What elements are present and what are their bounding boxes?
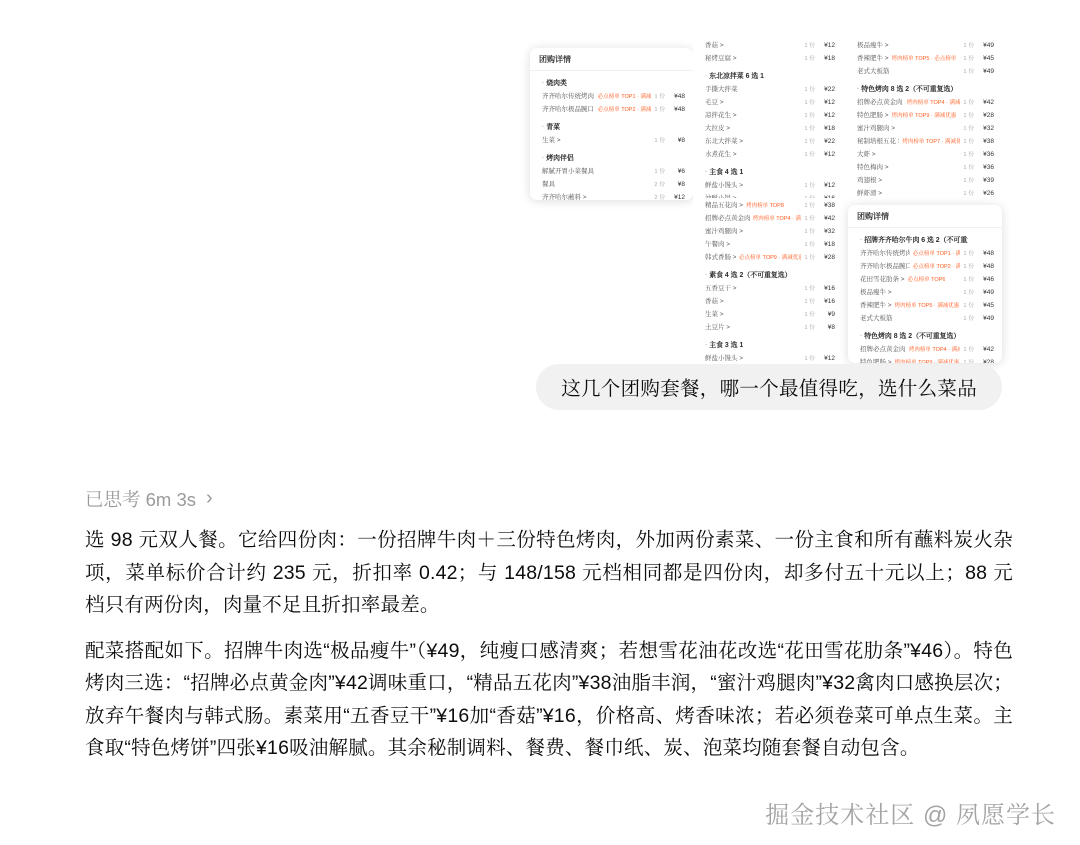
menu-item-tag: 烤肉榜单 TOP7 · 满减优惠 bbox=[902, 137, 960, 145]
menu-row: 手撕大拌菜 1 份 ¥22 bbox=[693, 82, 843, 95]
menu-item-name: 极品瘦牛 > bbox=[857, 40, 889, 49]
menu-item-name: 齐齐哈尔蘸料 > bbox=[542, 192, 587, 200]
menu-item-name: 东北凉拌菜 6 选 1 bbox=[705, 70, 764, 80]
assistant-response: 选 98 元双人餐。它给四份肉：一份招牌牛肉＋三份特色烤肉，外加两份素菜、一份主… bbox=[85, 524, 1013, 778]
menu-row: 烤肉伴侣 bbox=[530, 150, 693, 164]
menu-row: 特色肥肠 > 烤肉榜单 TOP9 · 满减优惠 1 份 ¥28 bbox=[848, 355, 1002, 363]
menu-item-tag: 烤肉榜单 TOP9 · 满减优惠 bbox=[895, 358, 960, 363]
menu-row: 解腻开胃小菜餐具 1 份 ¥6 bbox=[530, 164, 693, 177]
menu-item-qty: 1 份 bbox=[963, 53, 974, 62]
menu-item-qty: 1 份 bbox=[804, 296, 815, 305]
menu-item-price: ¥45 bbox=[977, 302, 994, 309]
menu-item-name: 生菜 > bbox=[542, 135, 561, 144]
menu-item-name: 青菜 bbox=[542, 121, 560, 131]
menu-item-price: ¥22 bbox=[818, 86, 835, 93]
menu-item-qty: 1 份 bbox=[963, 344, 974, 353]
menu-item-price: ¥28 bbox=[977, 359, 994, 363]
menu-item-name: 蜜汁鸡腿肉 > bbox=[705, 226, 743, 235]
menu-row: 精品五花肉 > 烤肉榜单 TOP8 1 份 ¥38 bbox=[693, 198, 843, 211]
menu-item-name: 鲜盐小馒头 > bbox=[705, 180, 743, 189]
menu-item-price: ¥12 bbox=[668, 194, 685, 200]
menu-item-price: ¥16 bbox=[818, 285, 835, 292]
menu-item-name: 极品瘦牛 > bbox=[860, 287, 892, 296]
menu-item-tag: 必点榜单 TOP6 bbox=[908, 275, 946, 283]
menu-item-name: 主食 4 选 1 bbox=[705, 166, 743, 176]
menu-item-qty: 1 份 bbox=[963, 357, 974, 363]
menu-item-qty: 1 份 bbox=[804, 180, 815, 189]
menu-item-qty: 1 份 bbox=[963, 313, 974, 322]
menu-row: 齐齐哈尔蘸料 > 2 份 ¥12 bbox=[530, 190, 693, 200]
menu-item-qty: 1 份 bbox=[963, 110, 974, 119]
menu-item-tag: 必点榜单 TOP2 · 满减优惠 bbox=[913, 262, 960, 270]
menu-row: 招牌必点黄金肉 > 烤肉榜单 TOP4 · 满减优惠 1 份 ¥42 bbox=[848, 342, 1002, 355]
panel-title: 团购详情 bbox=[530, 48, 693, 71]
menu-item-price: ¥12 bbox=[818, 151, 835, 158]
menu-item-price: ¥18 bbox=[818, 55, 835, 62]
menu-row: 蜜汁鸡腿肉 > 1 份 ¥32 bbox=[845, 121, 1002, 134]
menu-item-qty: 1 份 bbox=[963, 248, 974, 257]
menu-item-name: 老式大板筋 bbox=[860, 313, 893, 322]
menu-item-name: 午餐肉 > bbox=[705, 239, 730, 248]
menu-item-tag: 必点榜单 TOP9 · 满减优惠 bbox=[739, 253, 801, 261]
menu-item-price: ¥45 bbox=[977, 55, 994, 62]
menu-item-qty: 1 份 bbox=[963, 136, 974, 145]
menu-item-price: ¥22 bbox=[818, 138, 835, 145]
menu-item-tag: 必点榜单 TOP2 · 满减优惠 bbox=[598, 105, 652, 113]
menu-row: 主食 4 选 1 bbox=[693, 164, 843, 178]
menu-row: 餐具 2 份 ¥8 bbox=[530, 177, 693, 190]
menu-row: 秘制培根五花 > 烤肉榜单 TOP7 · 满减优惠 1 份 ¥38 bbox=[845, 134, 1002, 147]
menu-item-name: 秘烤豆腐 > bbox=[705, 53, 737, 62]
menu-row: 招牌必点黄金肉 > 烤肉榜单 TOP4 · 满减优惠 1 份 ¥42 bbox=[693, 211, 843, 224]
menu-row: 韩式香肠 > 必点榜单 TOP9 · 满减优惠 1 份 ¥28 bbox=[693, 250, 843, 263]
menu-row: 五香豆干 > 1 份 ¥16 bbox=[693, 281, 843, 294]
menu-row: 香菇 > 1 份 ¥16 bbox=[693, 294, 843, 307]
menu-row: 齐齐哈尔极品腕口 > 必点榜单 TOP2 · 满减优惠 1 份 ¥48 bbox=[530, 102, 693, 115]
menu-item-qty: 1 份 bbox=[963, 162, 974, 171]
menu-row: 凉拌花生 > 1 份 ¥12 bbox=[693, 108, 843, 121]
menu-list: 烧肉类 齐齐哈尔传统烤肉 > 必点榜单 TOP1 · 满减优惠 1 份 ¥48 … bbox=[530, 75, 693, 200]
menu-item-qty: 2 份 bbox=[654, 192, 665, 200]
menu-item-price: ¥49 bbox=[977, 315, 994, 322]
menu-item-qty: 1 份 bbox=[963, 287, 974, 296]
menu-item-price: ¥26 bbox=[977, 190, 994, 197]
menu-item-qty: 1 份 bbox=[963, 188, 974, 197]
menu-item-price: ¥28 bbox=[818, 254, 835, 261]
user-message-text: 这几个团购套餐，哪一个最值得吃，选什么菜品 bbox=[561, 373, 977, 401]
menu-item-name: 蜜汁鸡腿肉 > bbox=[857, 123, 895, 132]
menu-item-price: ¥49 bbox=[977, 42, 994, 49]
menu-item-qty: 1 份 bbox=[963, 40, 974, 49]
menu-row: 老式大板筋 1 份 ¥49 bbox=[845, 64, 1002, 77]
menu-item-price: ¥49 bbox=[977, 289, 994, 296]
menu-item-qty: 1 份 bbox=[963, 274, 974, 283]
menu-item-price: ¥36 bbox=[977, 164, 994, 171]
menu-item-qty: 1 份 bbox=[804, 123, 815, 132]
menu-item-name: 手撕大拌菜 bbox=[705, 84, 738, 93]
menu-item-qty: 1 份 bbox=[654, 104, 665, 113]
menu-item-name: 餐具 bbox=[542, 179, 555, 188]
menu-screenshot-bottom-middle: 精品五花肉 > 烤肉榜单 TOP8 1 份 ¥38 招牌必点黄金肉 > 烤肉榜单… bbox=[693, 198, 843, 365]
menu-item-price: ¥28 bbox=[977, 112, 994, 119]
menu-item-price: ¥8 bbox=[818, 324, 835, 331]
menu-row: 生菜 > 1 份 ¥9 bbox=[693, 307, 843, 320]
menu-item-qty: 1 份 bbox=[804, 309, 815, 318]
menu-item-name: 招牌必点黄金肉 > bbox=[860, 344, 906, 353]
menu-row: 招牌必点黄金肉 > 烤肉榜单 TOP4 · 满减优惠 1 份 ¥42 bbox=[845, 95, 1002, 108]
menu-item-name: 烤肉伴侣 bbox=[542, 152, 574, 162]
menu-item-qty: 1 份 bbox=[963, 175, 974, 184]
menu-item-price: ¥32 bbox=[977, 125, 994, 132]
menu-item-price: ¥16 bbox=[818, 298, 835, 305]
menu-item-qty: 1 份 bbox=[963, 261, 974, 270]
menu-item-qty: 1 份 bbox=[654, 91, 665, 100]
menu-item-name: 齐齐哈尔极品腕口 > bbox=[542, 104, 595, 113]
attachment-collage[interactable]: 团购详情 烧肉类 齐齐哈尔传统烤肉 > 必点榜单 TOP1 · 满减优惠 1 份… bbox=[530, 38, 1002, 365]
menu-item-price: ¥36 bbox=[977, 151, 994, 158]
menu-row: 大虾 > 1 份 ¥36 bbox=[845, 147, 1002, 160]
menu-item-name: 水煮花生 > bbox=[705, 149, 737, 158]
menu-row: 香菇 > 1 份 ¥12 bbox=[693, 38, 843, 51]
menu-item-qty: 1 份 bbox=[963, 300, 974, 309]
menu-row: 午餐肉 > 1 份 ¥18 bbox=[693, 237, 843, 250]
menu-row: 齐齐哈尔极品腕口 > 必点榜单 TOP2 · 满减优惠 1 份 ¥48 bbox=[848, 259, 1002, 272]
menu-item-price: ¥38 bbox=[818, 202, 835, 209]
menu-item-name: 香菇 > bbox=[705, 40, 724, 49]
menu-item-name: 招牌齐齐哈尔牛肉 6 选 2（不可重复选） bbox=[860, 234, 968, 244]
menu-item-qty: 1 份 bbox=[963, 149, 974, 158]
menu-screenshot-bottom-right: 团购详情 招牌齐齐哈尔牛肉 6 选 2（不可重复选） 齐齐哈尔传统烤肉 > 必点… bbox=[848, 205, 1002, 363]
menu-row: 招牌齐齐哈尔牛肉 6 选 2（不可重复选） bbox=[848, 232, 1002, 246]
menu-item-price: ¥12 bbox=[818, 42, 835, 49]
menu-row: 秘烤豆腐 > 1 份 ¥18 bbox=[693, 51, 843, 64]
menu-item-price: ¥39 bbox=[977, 177, 994, 184]
menu-item-price: ¥49 bbox=[977, 68, 994, 75]
menu-item-qty: 1 份 bbox=[804, 226, 815, 235]
menu-item-price: ¥12 bbox=[818, 99, 835, 106]
thought-duration-label: 已思考 6m 3s bbox=[85, 486, 196, 512]
menu-row: 齐齐哈尔传统烤肉 > 必点榜单 TOP1 · 满减优惠 1 份 ¥48 bbox=[530, 89, 693, 102]
menu-item-name: 大虾 > bbox=[857, 149, 876, 158]
menu-item-name: 特色肥肠 > bbox=[857, 110, 889, 119]
menu-item-price: ¥12 bbox=[818, 355, 835, 362]
response-paragraph-2: 配菜搭配如下。招牌牛肉选“极品瘦牛”（¥49，纯瘦口感清爽；若想雪花油花改选“花… bbox=[85, 635, 1013, 765]
menu-item-name: 特色烤肉 8 选 2（不可重复选） bbox=[860, 330, 960, 340]
menu-item-qty: 1 份 bbox=[804, 149, 815, 158]
panel-title: 团购详情 bbox=[848, 205, 1002, 228]
menu-item-tag: 必点榜单 TOP1 · 满减优惠 bbox=[598, 92, 652, 100]
menu-item-price: ¥48 bbox=[668, 93, 685, 100]
menu-row: 齐齐哈尔传统烤肉 > 必点榜单 TOP1 · 满减优惠 1 份 ¥48 bbox=[848, 246, 1002, 259]
menu-item-qty: 1 份 bbox=[804, 84, 815, 93]
menu-item-name: 大拉皮 > bbox=[705, 123, 730, 132]
menu-item-tag: 烤肉榜单 TOP9 · 满减优惠 bbox=[892, 111, 957, 119]
menu-list: 招牌齐齐哈尔牛肉 6 选 2（不可重复选） 齐齐哈尔传统烤肉 > 必点榜单 TO… bbox=[848, 232, 1002, 363]
menu-screenshot-top-left: 团购详情 烧肉类 齐齐哈尔传统烤肉 > 必点榜单 TOP1 · 满减优惠 1 份… bbox=[530, 48, 693, 200]
menu-item-name: 生菜 > bbox=[705, 309, 724, 318]
menu-item-name: 香辣肥牛 > bbox=[860, 300, 892, 309]
menu-list: 香菇 > 1 份 ¥12 秘烤豆腐 > 1 份 ¥18 东北凉拌菜 6 选 1 bbox=[693, 38, 843, 205]
menu-row: 特色梅肉 > 1 份 ¥36 bbox=[845, 160, 1002, 173]
menu-item-qty: 1 份 bbox=[804, 136, 815, 145]
menu-item-qty: 1 份 bbox=[804, 40, 815, 49]
menu-item-price: ¥42 bbox=[977, 99, 994, 106]
menu-item-qty: 1 份 bbox=[963, 66, 974, 75]
menu-item-name: 招牌必点黄金肉 > bbox=[857, 97, 904, 106]
menu-item-tag: 烤肉榜单 TOP8 bbox=[746, 201, 784, 209]
menu-row: 土豆片 > 1 份 ¥8 bbox=[693, 320, 843, 333]
menu-screenshot-top-right: 极品瘦牛 > 1 份 ¥49 香辣肥牛 > 烤肉榜单 TOP5 · 必点榜单 1… bbox=[845, 38, 1002, 205]
menu-item-name: 主食 3 选 1 bbox=[705, 339, 743, 349]
menu-row: 青菜 bbox=[530, 119, 693, 133]
menu-item-name: 香辣肥牛 > bbox=[857, 53, 889, 62]
menu-row: 主食 3 选 1 bbox=[693, 337, 843, 351]
menu-item-name: 毛豆 > bbox=[705, 97, 724, 106]
menu-item-name: 招牌必点黄金肉 > bbox=[705, 213, 750, 222]
menu-item-name: 鲜虾滑 > bbox=[857, 188, 882, 197]
menu-item-qty: 1 份 bbox=[804, 283, 815, 292]
menu-item-name: 秘制培根五花 > bbox=[857, 136, 899, 145]
menu-item-price: ¥8 bbox=[668, 137, 685, 144]
menu-row: 特色肥肠 > 烤肉榜单 TOP9 · 满减优惠 1 份 ¥28 bbox=[845, 108, 1002, 121]
menu-row: 老式大板筋 1 份 ¥49 bbox=[848, 311, 1002, 324]
menu-item-qty: 2 份 bbox=[654, 179, 665, 188]
menu-item-name: 素食 4 选 2（不可重复选） bbox=[705, 269, 792, 279]
chevron-right-icon: › bbox=[206, 488, 213, 508]
watermark-text: 掘金技术社区 @ 夙愿学长 bbox=[765, 795, 1056, 830]
menu-item-name: 五香豆干 > bbox=[705, 283, 737, 292]
menu-row: 特色烤肉 8 选 2（不可重复选） bbox=[845, 81, 1002, 95]
menu-item-qty: 1 份 bbox=[804, 97, 815, 106]
menu-row: 鲜盐小馒头 > 1 份 ¥12 bbox=[693, 178, 843, 191]
menu-item-name: 花田雪花肋条 > bbox=[860, 274, 905, 283]
menu-item-name: 齐齐哈尔传统烤肉 > bbox=[542, 91, 595, 100]
menu-item-price: ¥38 bbox=[977, 138, 994, 145]
thought-duration-toggle[interactable]: 已思考 6m 3s › bbox=[85, 486, 213, 512]
menu-item-qty: 1 份 bbox=[654, 135, 665, 144]
menu-row: 鲜盐小馒头 > 1 份 ¥12 bbox=[693, 351, 843, 364]
menu-row: 毛豆 > 1 份 ¥12 bbox=[693, 95, 843, 108]
menu-row: 烧肉类 bbox=[530, 75, 693, 89]
menu-row: 素食 4 选 2（不可重复选） bbox=[693, 267, 843, 281]
menu-row: 极品瘦牛 > 1 份 ¥49 bbox=[845, 38, 1002, 51]
menu-item-qty: 1 份 bbox=[804, 239, 815, 248]
menu-item-name: 特色烤肉 8 选 2（不可重复选） bbox=[857, 83, 957, 93]
menu-item-name: 凉拌花生 > bbox=[705, 110, 737, 119]
menu-item-name: 特色肥肠 > bbox=[860, 357, 892, 363]
menu-list: 精品五花肉 > 烤肉榜单 TOP8 1 份 ¥38 招牌必点黄金肉 > 烤肉榜单… bbox=[693, 198, 843, 365]
menu-item-name: 齐齐哈尔极品腕口 > bbox=[860, 261, 910, 270]
menu-list: 极品瘦牛 > 1 份 ¥49 香辣肥牛 > 烤肉榜单 TOP5 · 必点榜单 1… bbox=[845, 38, 1002, 205]
menu-row: 东北凉拌菜 6 选 1 bbox=[693, 68, 843, 82]
menu-row: 大拉皮 > 1 份 ¥18 bbox=[693, 121, 843, 134]
menu-item-price: ¥32 bbox=[818, 228, 835, 235]
menu-item-qty: 1 份 bbox=[804, 252, 815, 261]
menu-row: 东北大拌菜 > 1 份 ¥22 bbox=[693, 134, 843, 147]
menu-item-tag: 烤肉榜单 TOP5 · 满减优惠 bbox=[895, 301, 960, 309]
menu-item-name: 韩式香肠 > bbox=[705, 252, 736, 261]
menu-item-qty: 1 份 bbox=[804, 322, 815, 331]
menu-item-tag: 烤肉榜单 TOP4 · 满减优惠 bbox=[753, 214, 802, 222]
menu-item-price: ¥48 bbox=[977, 250, 994, 257]
menu-item-name: 齐齐哈尔传统烤肉 > bbox=[860, 248, 910, 257]
menu-item-price: ¥12 bbox=[818, 182, 835, 189]
menu-item-qty: 1 份 bbox=[963, 123, 974, 132]
menu-item-price: ¥18 bbox=[818, 125, 835, 132]
menu-row: 蜜汁鸡腿肉 > 1 份 ¥32 bbox=[693, 224, 843, 237]
menu-item-price: ¥18 bbox=[818, 241, 835, 248]
menu-row: 生菜 > 1 份 ¥8 bbox=[530, 133, 693, 146]
menu-item-name: 鸡翅根 > bbox=[857, 175, 882, 184]
menu-item-tag: 烤肉榜单 TOP4 · 满减优惠 bbox=[907, 98, 961, 106]
response-paragraph-1: 选 98 元双人餐。它给四份肉：一份招牌牛肉＋三份特色烤肉，外加两份素菜、一份主… bbox=[85, 524, 1013, 622]
menu-item-price: ¥6 bbox=[668, 168, 685, 175]
menu-item-name: 解腻开胃小菜餐具 bbox=[542, 166, 594, 175]
menu-item-qty: 1 份 bbox=[804, 53, 815, 62]
menu-row: 香辣肥牛 > 烤肉榜单 TOP5 · 必点榜单 1 份 ¥45 bbox=[845, 51, 1002, 64]
menu-row: 鸡翅根 > 1 份 ¥39 bbox=[845, 173, 1002, 186]
menu-item-qty: 1 份 bbox=[804, 353, 815, 362]
menu-item-price: ¥8 bbox=[668, 181, 685, 188]
menu-item-name: 鲜盐小馒头 > bbox=[705, 353, 743, 362]
menu-item-qty: 1 份 bbox=[804, 213, 815, 222]
menu-row: 特色烤肉 8 选 2（不可重复选） bbox=[848, 328, 1002, 342]
menu-item-tag: 必点榜单 TOP1 · 满减优惠 bbox=[913, 249, 960, 257]
menu-item-price: ¥9 bbox=[818, 311, 835, 318]
menu-item-price: ¥42 bbox=[977, 346, 994, 353]
menu-item-name: 特色梅肉 > bbox=[857, 162, 889, 171]
menu-row: 花田雪花肋条 > 必点榜单 TOP6 1 份 ¥46 bbox=[848, 272, 1002, 285]
menu-item-price: ¥48 bbox=[668, 106, 685, 113]
menu-row: 水煮花生 > 1 份 ¥12 bbox=[693, 147, 843, 160]
menu-item-name: 东北大拌菜 > bbox=[705, 136, 743, 145]
menu-item-qty: 1 份 bbox=[804, 200, 815, 209]
menu-row: 鲜虾滑 > 1 份 ¥26 bbox=[845, 186, 1002, 199]
menu-item-qty: 1 份 bbox=[654, 166, 665, 175]
menu-screenshot-top-middle: 香菇 > 1 份 ¥12 秘烤豆腐 > 1 份 ¥18 东北凉拌菜 6 选 1 bbox=[693, 38, 843, 205]
menu-item-name: 烧肉类 bbox=[542, 77, 567, 87]
menu-item-name: 精品五花肉 > bbox=[705, 200, 743, 209]
menu-row: 香辣肥牛 > 烤肉榜单 TOP5 · 满减优惠 1 份 ¥45 bbox=[848, 298, 1002, 311]
menu-item-tag: 烤肉榜单 TOP5 · 必点榜单 bbox=[892, 54, 957, 62]
menu-item-price: ¥48 bbox=[977, 263, 994, 270]
menu-item-name: 香菇 > bbox=[705, 296, 724, 305]
menu-row: 极品瘦牛 > 1 份 ¥49 bbox=[848, 285, 1002, 298]
menu-item-name: 老式大板筋 bbox=[857, 66, 890, 75]
user-message-bubble: 这几个团购套餐，哪一个最值得吃，选什么菜品 bbox=[536, 364, 1002, 410]
menu-item-price: ¥42 bbox=[818, 215, 835, 222]
menu-item-price: ¥12 bbox=[818, 112, 835, 119]
menu-item-qty: 1 份 bbox=[804, 110, 815, 119]
menu-item-name: 土豆片 > bbox=[705, 322, 730, 331]
menu-item-price: ¥46 bbox=[977, 276, 994, 283]
menu-item-tag: 烤肉榜单 TOP4 · 满减优惠 bbox=[909, 345, 960, 353]
menu-item-qty: 1 份 bbox=[963, 97, 974, 106]
